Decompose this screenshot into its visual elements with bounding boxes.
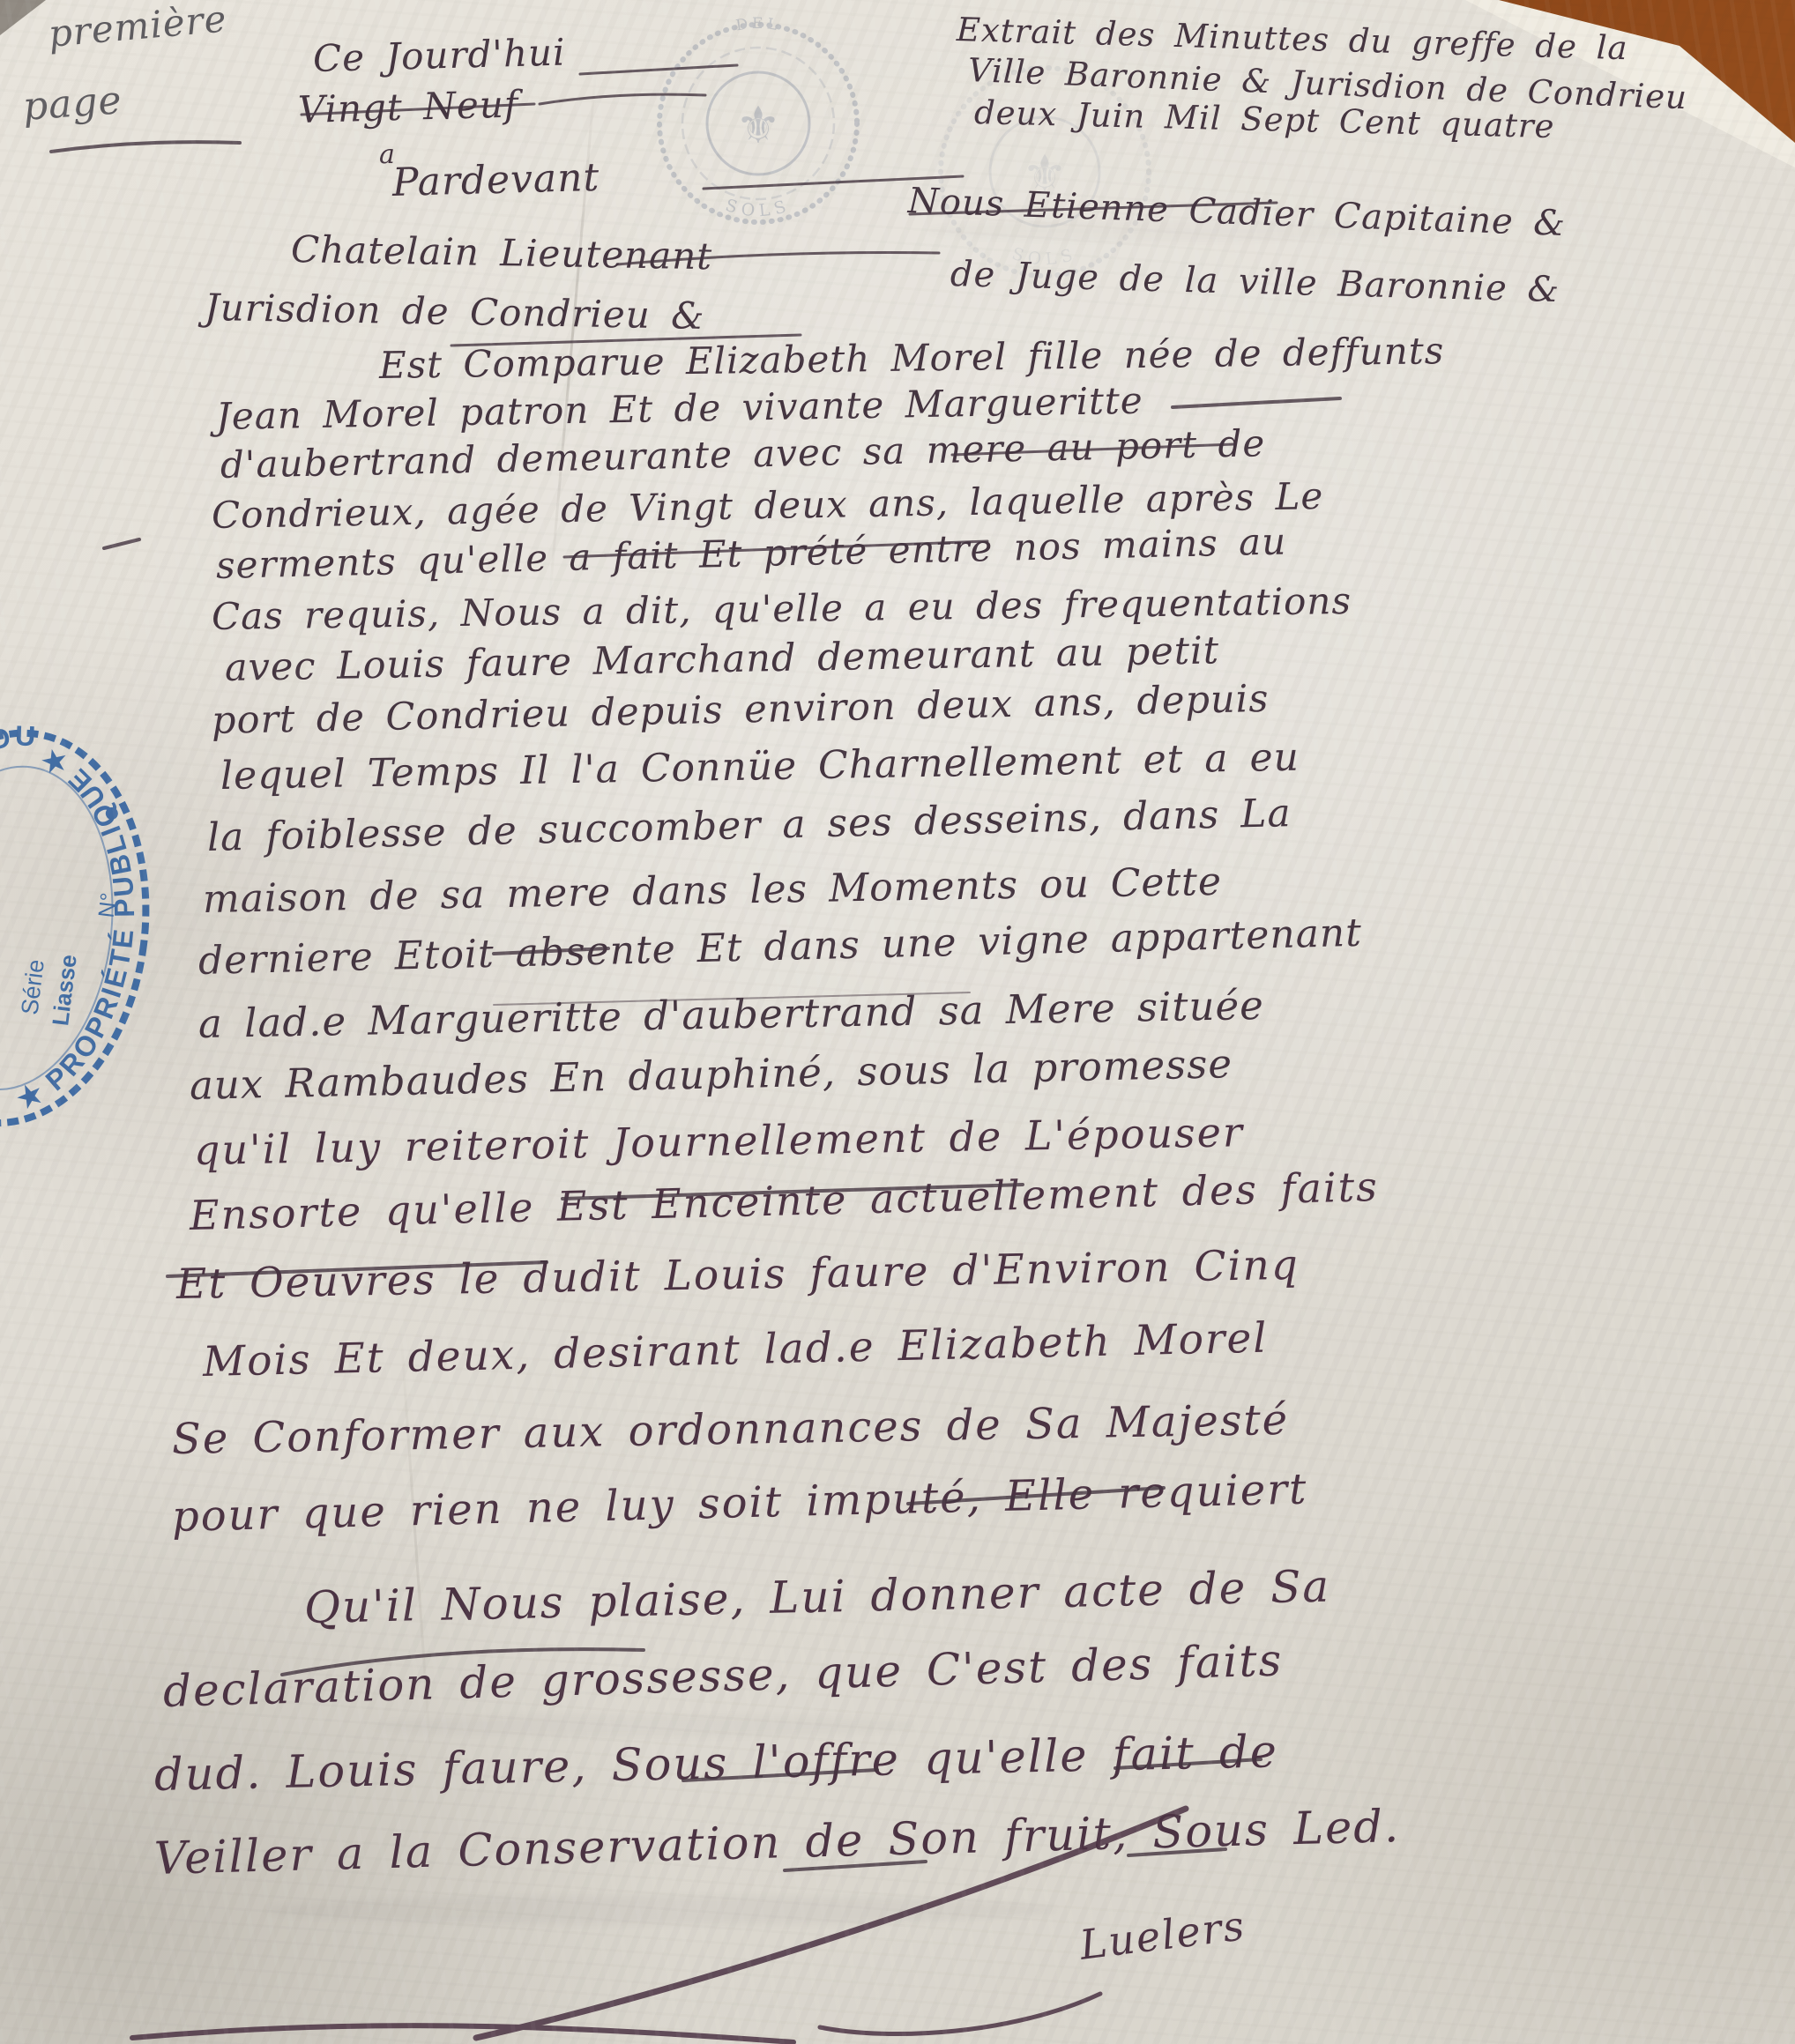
manuscript-line: la foiblesse de succomber a ses desseins… bbox=[206, 791, 1292, 860]
manuscript-line: lequel Temps Il l'a Connüe Charnellement… bbox=[220, 735, 1300, 799]
manuscript-line: Mois Et deux, desirant lad.e Elizabeth M… bbox=[202, 1314, 1269, 1386]
document-photo: ⚜ DEL SOLS ⚜ SOLS bbox=[0, 0, 1795, 2044]
ink-showthrough bbox=[370, 1714, 917, 1737]
archive-stamp-arc-right: ★ PROPRIÉTÉ PUBLIQUE ★ bbox=[0, 740, 161, 1126]
fiscal-top-text: DEL bbox=[734, 15, 781, 35]
fiscal-stamp: ⚜ DEL SOLS bbox=[659, 15, 857, 222]
page-corner-shadow bbox=[0, 0, 46, 35]
archive-stamp-serie: Série bbox=[16, 958, 48, 1016]
manuscript-line: Pardevant bbox=[391, 155, 600, 205]
manuscript-line: Ce Jourd'hui bbox=[312, 31, 566, 80]
manuscript-line: Jurisdion de Condrieu & bbox=[205, 286, 705, 338]
manuscript-line: Qu'il Nous plaise, Lui donner acte de Sa bbox=[303, 1561, 1330, 1633]
archive-stamp-liasse: Liasse bbox=[47, 953, 82, 1027]
ink-showthrough bbox=[264, 1895, 1058, 1925]
svg-text:DEL: DEL bbox=[734, 15, 781, 35]
annotation-premiere: première bbox=[47, 0, 228, 56]
fiscal-bottom-text: SOLS bbox=[723, 196, 793, 221]
archive-stamp-numero: N° bbox=[93, 891, 121, 918]
manuscript-line: aux Rambaudes En dauphiné, sous la prome… bbox=[189, 1040, 1233, 1109]
manuscript-line: maison de sa mere dans les Moments ou Ce… bbox=[203, 859, 1223, 922]
manuscript-line: declaration de grossesse, que C'est des … bbox=[162, 1635, 1284, 1717]
archive-stamp-arc-left: ARCHIVES DU RHONE bbox=[0, 704, 44, 906]
archive-stamp: ★ PROPRIÉTÉ PUBLIQUE ★ ARCHIVES DU RHONE… bbox=[0, 704, 186, 1154]
manuscript-line: Vingt Neuf bbox=[297, 82, 519, 131]
manuscript-line: a lad.e Margueritte d'aubertrand sa Mere… bbox=[198, 982, 1265, 1047]
catchword-signature: Luelers bbox=[1077, 1901, 1248, 1969]
manuscript-line: de Juge de la ville Baronnie & bbox=[950, 254, 1560, 310]
manuscript-line: pour que rien ne luy soit imputé, Elle r… bbox=[171, 1465, 1308, 1542]
manuscript-line: derniere Etoit absente Et dans une vigne… bbox=[197, 911, 1362, 984]
manuscript-line: Et Oeuvres le dudit Louis faure d'Enviro… bbox=[176, 1241, 1300, 1309]
manuscript-line: qu'il luy reiteroit Journellement de L'é… bbox=[194, 1108, 1245, 1174]
svg-text:★ PROPRIÉTÉ PUBLIQUE ★: ★ PROPRIÉTÉ PUBLIQUE ★ bbox=[0, 740, 161, 1126]
manuscript-line: Se Conformer aux ordonnances de Sa Majes… bbox=[172, 1395, 1290, 1464]
fiscal-emblem: ⚜ bbox=[735, 95, 781, 155]
manuscript-line: dud. Louis faure, Sous l'offre qu'elle f… bbox=[153, 1726, 1278, 1802]
svg-text:ARCHIVES DU RHONE: ARCHIVES DU RHONE bbox=[0, 704, 44, 906]
manuscript-line: Chatelain Lieutenant bbox=[291, 227, 713, 278]
annotation-page: page bbox=[21, 78, 123, 130]
manuscript-line: Est Comparue Elizabeth Morel fille née d… bbox=[379, 329, 1445, 387]
manuscript-line: Ensorte qu'elle Est Enceinte actuellemen… bbox=[189, 1163, 1379, 1239]
svg-text:SOLS: SOLS bbox=[723, 196, 793, 221]
manuscript-line: Veiller a la Conservation de Son fruit, … bbox=[153, 1801, 1401, 1885]
